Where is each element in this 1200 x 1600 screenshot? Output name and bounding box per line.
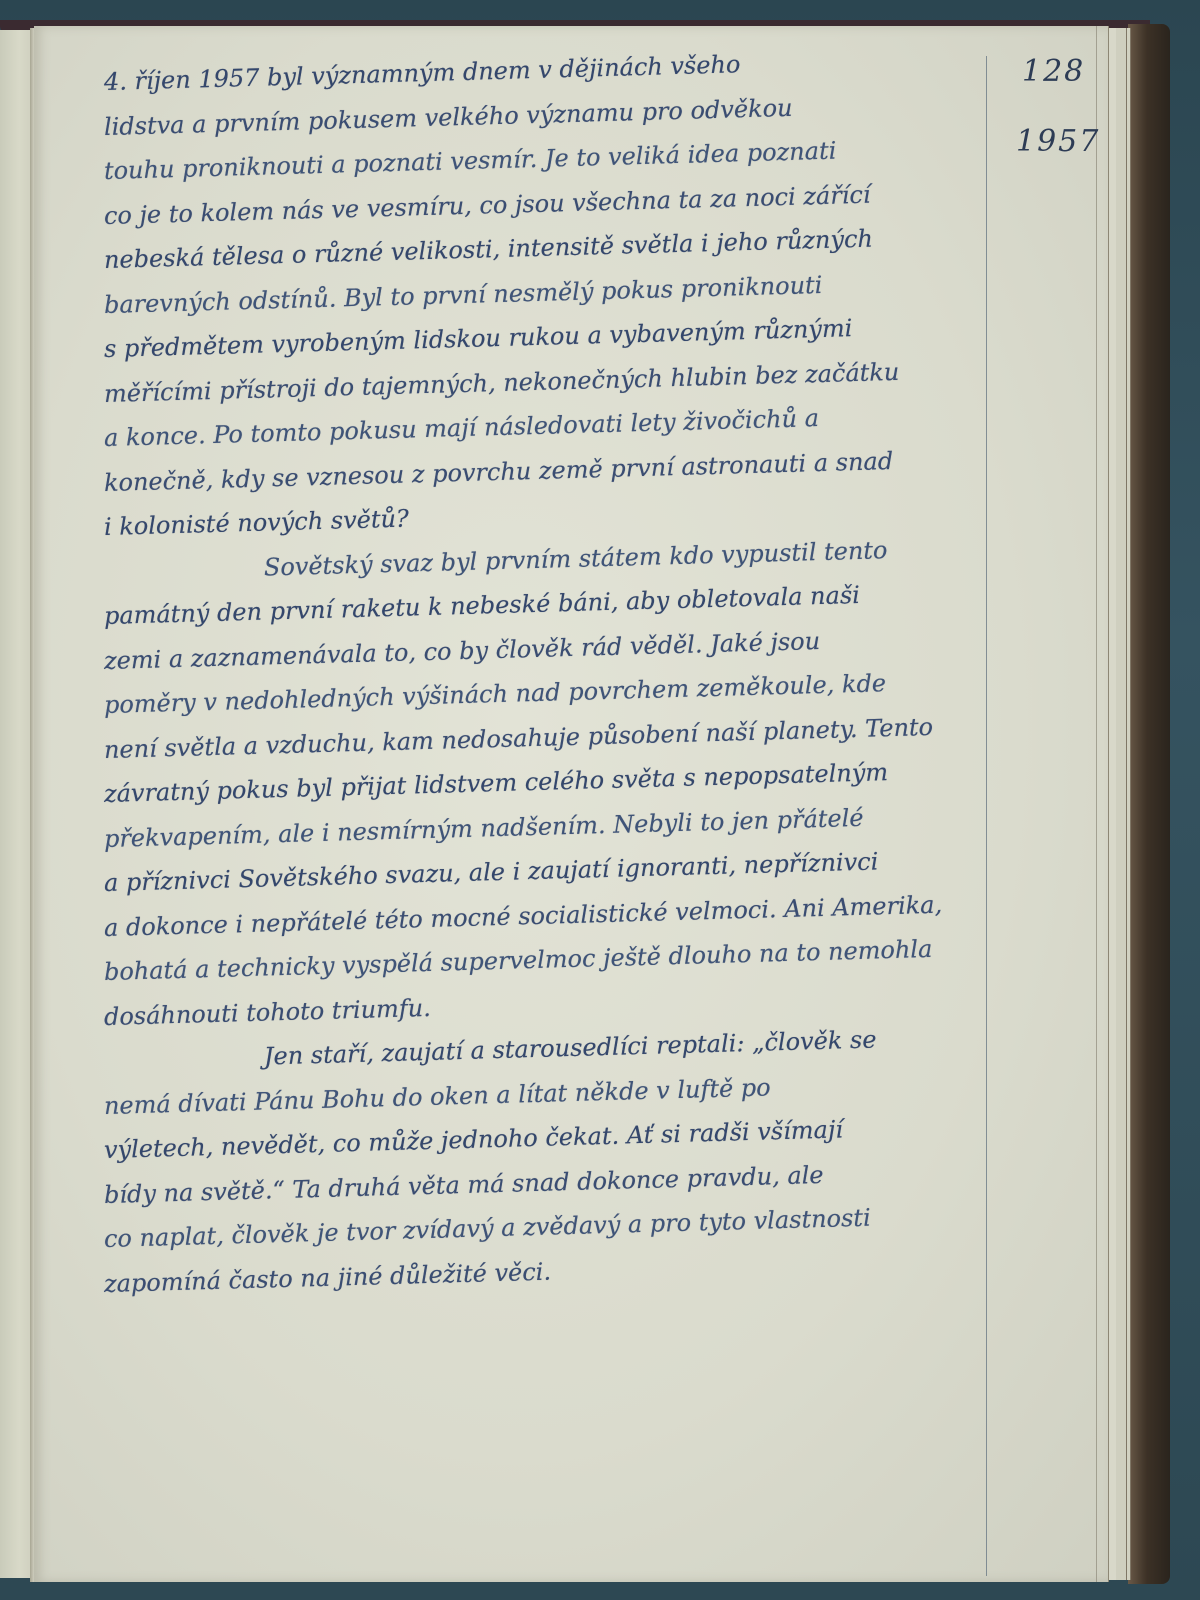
chronicle-page: 128 1957 4. říjen 1957 byl významným dne… <box>34 26 1109 1582</box>
scanned-book-scene: 128 1957 4. říjen 1957 byl významným dne… <box>0 0 1200 1600</box>
page-stack-edge <box>1116 28 1127 1580</box>
margin-year: 1957 <box>1016 124 1100 159</box>
facing-left-page <box>0 30 33 1578</box>
page-number: 128 <box>1022 54 1085 89</box>
handwritten-text-block: 4. říjen 1957 byl významným dnem v dějin… <box>104 60 1004 1306</box>
page-border-rule <box>1096 26 1097 1582</box>
book-cover-right-edge <box>1128 24 1170 1584</box>
